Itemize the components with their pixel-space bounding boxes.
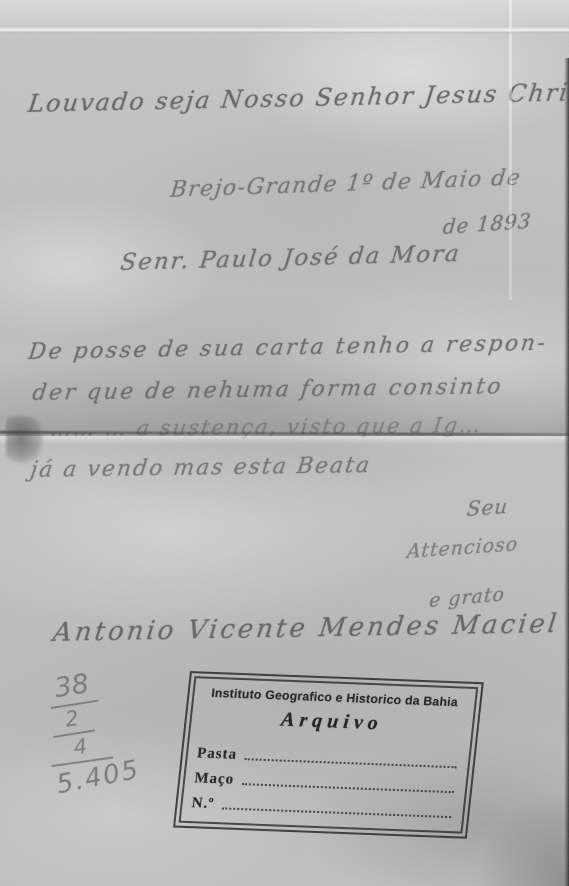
archive-stamp: Instituto Geografico e Historico da Bahi… bbox=[173, 671, 484, 839]
handwriting-closing-e-grato: e grato bbox=[428, 583, 505, 612]
handwriting-addressee: Senr. Paulo José da Mora bbox=[119, 241, 462, 276]
handwriting-signature: Antonio Vicente Mendes Maciel bbox=[51, 609, 561, 648]
horizontal-crease-top bbox=[0, 27, 569, 34]
scan-edge-shadow bbox=[564, 58, 569, 886]
handwriting-body-line-2: der que de nehuma forma consinto bbox=[31, 374, 505, 406]
ink-blot bbox=[6, 416, 44, 464]
corner-shadow bbox=[479, 796, 569, 886]
handwriting-body-line-1: De posse de sua carta tenho a respon- bbox=[27, 331, 549, 365]
scanned-letter-page: Louvado seja Nosso Senhor Jesus Christo … bbox=[0, 0, 569, 886]
vertical-fold-line bbox=[509, 0, 512, 300]
stamp-field-numero-dotted-line bbox=[222, 806, 452, 818]
pencil-call-number: 38 2 4 5.405 bbox=[36, 664, 146, 800]
stamp-archive-label: Arquivo bbox=[200, 705, 464, 738]
handwriting-body-line-4: já a vendo mas esta Beata bbox=[29, 453, 373, 483]
handwriting-year: de 1893 bbox=[442, 209, 533, 239]
stamp-institution-name: Instituto Geografico e Historico da Bahi… bbox=[203, 686, 466, 710]
handwriting-closing-attencioso: Attencioso bbox=[406, 533, 519, 563]
handwriting-body-line-3: …… … a sustença, visto que a Ig… bbox=[49, 413, 484, 441]
handwriting-closing-seu: Seu bbox=[466, 494, 509, 521]
handwriting-opening-line: Louvado seja Nosso Senhor Jesus Christo bbox=[27, 78, 569, 118]
stamp-field-maco-label: Maço bbox=[193, 770, 235, 788]
stamp-field-numero-label: N.º bbox=[191, 795, 215, 813]
stamp-inner-frame: Instituto Geografico e Historico da Bahi… bbox=[179, 676, 479, 833]
stamp-field-pasta-label: Pasta bbox=[196, 745, 238, 763]
handwriting-place-date: Brejo-Grande 1º de Maio de bbox=[169, 166, 523, 203]
stamp-fields: Pasta Maço N.º bbox=[191, 737, 461, 822]
